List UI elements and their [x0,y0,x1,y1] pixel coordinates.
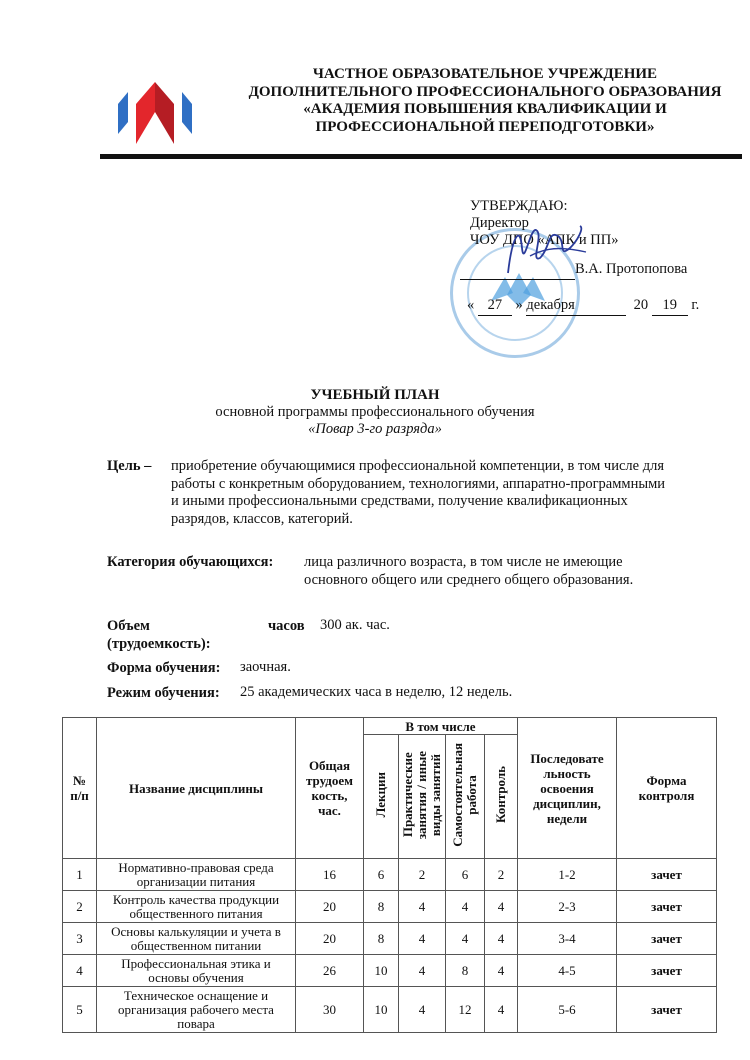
header-self-study: Самостоятельная работа [446,735,485,859]
cell-weeks: 4-5 [518,955,617,987]
cell-self-study: 8 [446,955,485,987]
cell-name: Контроль качества продукции общественног… [97,891,296,923]
header-including: В том числе [364,718,518,735]
category-text: лица различного возраста, в том числе не… [304,554,633,589]
cell-form: зачет [617,923,717,955]
cell-form: зачет [617,987,717,1033]
cell-name: Нормативно-правовая среда организации пи… [97,859,296,891]
goal-line: работы с конкретным оборудованием, техно… [171,476,665,494]
cell-name: Профессиональная этика и основы обучения [97,955,296,987]
cell-control: 4 [485,955,518,987]
form-value: заочная. [240,659,291,677]
date-year-prefix: 20 [634,297,649,313]
header-lectures: Лекции [364,735,399,859]
org-line-3: «АКАДЕМИЯ ПОВЫШЕНИЯ КВАЛИФИКАЦИИ И [235,101,735,119]
header-lectures-text: Лекции [374,772,388,817]
cell-self-study: 4 [446,923,485,955]
table-row: 3 Основы калькуляции и учета в обществен… [63,923,717,955]
practical-line-2: занятия / иные [414,751,429,839]
volume-label: Объем [107,618,150,635]
cell-total: 20 [296,923,364,955]
cell-no: 1 [63,859,97,891]
signature-icon [500,218,590,278]
cell-form: зачет [617,891,717,923]
header-divider [100,154,742,159]
self-line-1: Самостоятельная [450,743,465,847]
cell-control: 4 [485,987,518,1033]
cell-total: 20 [296,891,364,923]
cell-no: 5 [63,987,97,1033]
header-total: Общая трудоем кость, час. [296,718,364,859]
org-line-4: ПРОФЕССИОНАЛЬНОЙ ПЕРЕПОДГОТОВКИ» [235,119,735,137]
cell-practical: 4 [399,955,446,987]
cell-name: Основы калькуляции и учета в общественно… [97,923,296,955]
approve-label: УТВЕРЖДАЮ: [470,198,619,215]
cell-lectures: 6 [364,859,399,891]
cell-no: 3 [63,923,97,955]
header-self-study-text: Самостоятельная работа [451,743,479,847]
date-year-suffix: 19 [652,297,688,316]
header-no: № п/п [63,718,97,859]
mode-value: 25 академических часа в неделю, 12 недел… [240,684,512,702]
date-open-quote: « [467,297,474,313]
cell-total: 26 [296,955,364,987]
cell-practical: 4 [399,923,446,955]
academy-logo-icon [118,82,193,144]
practical-line-3: виды занятий [428,754,443,836]
cell-weeks: 1-2 [518,859,617,891]
header-form: Форма контроля [617,718,717,859]
plan-subtitle: основной программы профессионального обу… [0,404,750,421]
cell-control: 4 [485,891,518,923]
signatory-name: В.А. Протопопова [575,261,687,277]
date-day: 27 [478,297,512,316]
plan-title: УЧЕБНЫЙ ПЛАН [0,387,750,404]
volume-value: 300 ак. час. [320,617,390,635]
category-line: лица различного возраста, в том числе не… [304,554,633,572]
date-year-label: г. [691,297,699,313]
header-practical-text: Практические занятия / иные виды занятий [401,751,443,839]
cell-form: зачет [617,859,717,891]
date-close-quote: » [516,297,523,313]
practical-line-1: Практические [400,753,415,838]
table-row: 1 Нормативно-правовая среда организации … [63,859,717,891]
cell-control: 4 [485,923,518,955]
date-month: декабря [526,297,626,316]
cell-total: 16 [296,859,364,891]
volume-unit: часов [268,618,305,635]
table-row: 4 Профессиональная этика и основы обучен… [63,955,717,987]
organization-title: ЧАСТНОЕ ОБРАЗОВАТЕЛЬНОЕ УЧРЕЖДЕНИЕ ДОПОЛ… [235,66,735,136]
cell-self-study: 6 [446,859,485,891]
cell-practical: 4 [399,987,446,1033]
goal-line: разрядов, классов, категорий. [171,511,665,529]
table-header-row: № п/п Название дисциплины Общая трудоем … [63,718,717,735]
header-control: Контроль [485,735,518,859]
goal-line: и иными профессиональными средствами, по… [171,493,665,511]
header-name: Название дисциплины [97,718,296,859]
cell-lectures: 10 [364,987,399,1033]
cell-lectures: 8 [364,891,399,923]
org-line-2: ДОПОЛНИТЕЛЬНОГО ПРОФЕССИОНАЛЬНОГО ОБРАЗО… [235,84,735,102]
goal-label: Цель – [107,458,151,475]
cell-form: зачет [617,955,717,987]
cell-no: 4 [63,955,97,987]
org-line-1: ЧАСТНОЕ ОБРАЗОВАТЕЛЬНОЕ УЧРЕЖДЕНИЕ [235,66,735,84]
volume-label-2: (трудоемкость): [107,636,211,653]
cell-name: Техническое оснащение и организация рабо… [97,987,296,1033]
cell-lectures: 10 [364,955,399,987]
category-label: Категория обучающихся: [107,554,273,571]
cell-practical: 2 [399,859,446,891]
goal-line: приобретение обучающимися профессиональн… [171,458,665,476]
cell-weeks: 2-3 [518,891,617,923]
cell-weeks: 5-6 [518,987,617,1033]
curriculum-table: № п/п Название дисциплины Общая трудоем … [62,717,717,1033]
cell-lectures: 8 [364,923,399,955]
table-row: 5 Техническое оснащение и организация ра… [63,987,717,1033]
self-line-2: работа [464,775,479,814]
table-row: 2 Контроль качества продукции общественн… [63,891,717,923]
program-name: «Повар 3-го разряда» [0,421,750,438]
cell-self-study: 12 [446,987,485,1033]
cell-weeks: 3-4 [518,923,617,955]
category-line: основного общего или среднего общего обр… [304,572,633,590]
cell-practical: 4 [399,891,446,923]
approval-date: « 27 » декабря 20 19 г. [467,297,699,316]
cell-no: 2 [63,891,97,923]
mode-label: Режим обучения: [107,685,220,702]
header-practical: Практические занятия / иные виды занятий [399,735,446,859]
form-label: Форма обучения: [107,660,220,677]
header-control-text: Контроль [494,766,508,823]
goal-text: приобретение обучающимися профессиональн… [171,458,665,528]
header-sequence: Последовате льность освоения дисциплин, … [518,718,617,859]
cell-self-study: 4 [446,891,485,923]
cell-control: 2 [485,859,518,891]
cell-total: 30 [296,987,364,1033]
